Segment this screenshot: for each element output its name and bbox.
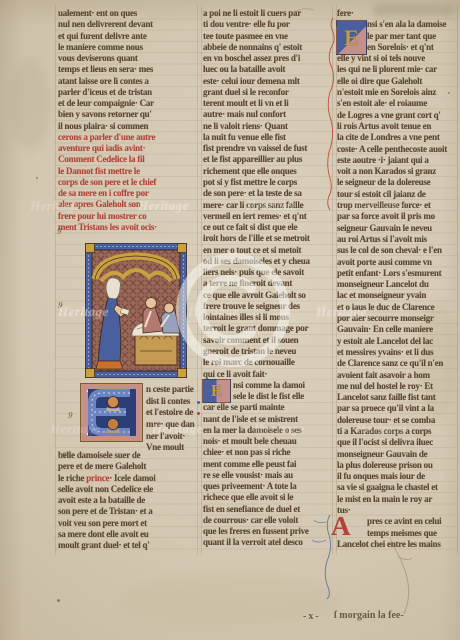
text-line: liers neis· puis que ele savoit (203, 267, 333, 278)
text-line: Gauvain· En celle maniere (337, 324, 457, 335)
text-line: temps meismes que (337, 528, 457, 539)
text-line: ti a Karados corps a corps (337, 426, 457, 437)
text-line: grant duel si le reconfor (203, 87, 333, 98)
text-line: le riche prince· Icele damoi (58, 473, 196, 484)
text-line: mre· que dan (146, 419, 198, 431)
text-line: monseigneur Lancelot du (337, 279, 457, 290)
text-line: sus le col de son cheval· e l'en (337, 245, 457, 256)
text-line: ner l'avoit· (146, 431, 198, 443)
text-line: nant de l'isle et se mistrent (203, 414, 333, 425)
text-line: elle oi dire que Galeholt (337, 76, 457, 87)
column-2-text: a poi ne li estoit li cuers parti dou ve… (203, 8, 333, 549)
text-line: en la mer la damoisele o ses (203, 425, 333, 436)
text-line: seigneur Gauvain le neveu (337, 223, 457, 234)
text-line: le roi marc de cornouaille (203, 357, 333, 368)
text-line: parler d'iceus et de tristan (58, 87, 196, 98)
text-line: et le fist appareillier au plus (203, 154, 333, 165)
text-line: et o iaus le duc de Clarence (337, 302, 457, 313)
margin-pen-loop: 9 (61, 450, 67, 461)
margin-pen-loop: 9 (67, 410, 73, 421)
text-line: a terre ne fineroit devant (203, 278, 333, 289)
text-line: moult grant duel· et tel q' (58, 540, 196, 551)
text-line: frere trouve le seigneur des (203, 301, 333, 312)
column-rule (201, 5, 202, 555)
text-line: car elle se parti mainte (203, 402, 333, 413)
column-3-text: fere·nsi s'en ala la damoisele par mer t… (337, 8, 457, 550)
text-line: savoir comment et il souen (203, 335, 333, 346)
text-line: s'en estoit ale· el roiaume (337, 98, 457, 109)
margin-pen-loop: 9 (56, 226, 62, 237)
text-line: il nous plaira· si commen (58, 121, 196, 132)
text-line: en mer o tout ce et si metoit (203, 245, 333, 256)
margin-paraph-red (197, 412, 200, 415)
text-line: pere et de mere Galeholt (58, 461, 196, 472)
text-line: sa vie si gaaigna le chastel et (337, 482, 457, 493)
text-line: chiee· et non pas si riche (203, 447, 333, 458)
column-rule (457, 5, 458, 555)
text-line: tus· (337, 505, 457, 516)
column-1-lower-text: belle damoisele suer depere et de mere G… (58, 450, 196, 552)
text-line: n'estoit mie en Sorelois ainz (337, 87, 457, 98)
text-line: nois· et moult bele cheuau (203, 436, 333, 447)
text-line: richece que elle avoit si le (203, 492, 333, 503)
column-1-beside-initial-text: n ceste partiedist li conteset l'estoire… (146, 384, 198, 454)
text-line: trop merveilleuse force· et (337, 200, 457, 211)
text-line: pres ce avint en celui (337, 516, 457, 527)
text-line: terroit le grant dommage por (203, 323, 333, 334)
decorated-initial-E-col3: E (336, 20, 367, 55)
text-line: ment comme elle peust fai (203, 459, 333, 470)
text-line: y estoit ale Lancelot del lac (337, 336, 457, 347)
text-line: ne li valoit riens· Quant (203, 121, 333, 132)
text-line: belle damoisele suer de (58, 450, 196, 461)
text-line: sa mere dont elle avoit eu (58, 529, 196, 540)
text-line: li rois Artus avoit tenue en (337, 121, 457, 132)
text-line: me nul del hostel le roy· Et (337, 381, 457, 392)
text-line: terent moult et li vn et li (203, 98, 333, 109)
text-line: gneroit de tristan le neveu (203, 346, 333, 357)
text-line: nul nen delivrerent devant (58, 19, 196, 30)
text-line: de Clarence sanz ce qu'il n'en (337, 358, 457, 369)
text-line: coste· A celle penthecoste auoit (337, 144, 457, 155)
text-line: par sa proece qu'il vint a la (337, 403, 457, 414)
column-1-upper-text: ualement· ent on quesnul nen delivrerent… (58, 8, 196, 233)
margin-paraph-blue (197, 401, 200, 404)
text-line: avoit este a la bataille de (58, 495, 196, 506)
text-line: dolereuse tour· et se comba (337, 415, 457, 426)
text-line: ce out ce fait si dist que ele (203, 222, 333, 233)
text-line: que les freres en fussent prive (203, 526, 333, 537)
text-line: vermeil en iert remes· et q'nt (203, 211, 333, 222)
text-line: son pere et de Tristan· et a (58, 506, 196, 517)
text-line: od li ses damoiseles et y cheua (203, 256, 333, 267)
text-line: il fu onques mais iour de (337, 471, 457, 482)
text-line: ti dou ventre· elle fu por (203, 19, 333, 30)
text-line: la plus dolereuse prison ou (337, 460, 457, 471)
text-line: iroit hors de l'ille et se metroit (203, 233, 333, 244)
margin-pen-loop: 9 (57, 300, 63, 311)
quire-mark: -x- (303, 611, 321, 622)
text-line: richement que elle onques (203, 166, 333, 177)
text-line: ce que elle avroit Galeholt so (203, 290, 333, 301)
text-line: aler apres Galeholt son (58, 199, 196, 210)
text-line: voit a non Karados si granz (337, 166, 457, 177)
text-line: le maniere comme nous (58, 42, 196, 53)
column-rule (55, 5, 56, 555)
text-line: petit enfant· Lors s'esmurent (337, 268, 457, 279)
parchment-stain (10, 60, 50, 150)
text-line: dist li contes (146, 396, 198, 408)
text-line: este aoutre ·i· jaiant qui a (337, 155, 457, 166)
text-line: la nuit fu venue elle fist (203, 132, 333, 143)
text-line: et qui furent delivre ante (58, 31, 196, 42)
text-line: le mist en la main le roy ar (337, 494, 457, 505)
historiated-initial-E (80, 383, 143, 442)
parchment-speck (36, 177, 38, 179)
text-line: pot si y fist mettre le corps (203, 177, 333, 188)
text-line: de son pere· et la teste de sa (203, 188, 333, 199)
text-line: n ceste partie (146, 384, 198, 396)
text-line: avoient fait asavoir a hom (337, 370, 457, 381)
decorated-initial-E-col2: E (202, 379, 231, 403)
text-line: temps et lieus en sera· mes (58, 64, 196, 75)
text-line: tee toute pasmee en vne (203, 31, 333, 42)
text-line: de Logres a vne grant cort q' (337, 110, 457, 121)
text-line: ment Tristans les avoit ocis· (58, 222, 196, 233)
text-line: quant il la verroit atel desco (203, 537, 333, 548)
text-line: lac et monseigneur yvain (337, 290, 457, 301)
text-line: les qui ne li plorent mie· car (337, 64, 457, 75)
text-line: ualement· ent on ques (58, 8, 196, 19)
text-line: en vn boschel assez pres d'i (203, 53, 333, 64)
text-line: et de leur compaignie· Car (58, 98, 196, 109)
text-line: a poi ne li estoit li cuers par (203, 8, 333, 19)
text-line: la cite de Londres a vne pent (337, 132, 457, 143)
text-line: de sa mere en i coffre por (58, 188, 196, 199)
text-line: Lancelot chei entre les mains (337, 539, 457, 550)
decorated-initial-A-col3: A (331, 513, 351, 539)
text-line: que il l'ocist si delivra iluec (337, 437, 457, 448)
text-line: este· celui iour demena mlt (203, 76, 333, 87)
text-line: fist prendre vn vaissel de fust (203, 143, 333, 154)
text-line: bien y savons retorner qu' (58, 109, 196, 120)
parchment-speck (57, 599, 60, 602)
text-line: aventure qui iadis avint· (58, 143, 196, 154)
text-line: par sa force avoit il pris mo (337, 211, 457, 222)
text-line: ques priveement· A tote la (203, 481, 333, 492)
text-line: fist en senefiance de duel et (203, 504, 333, 515)
text-line: le Dannot fist mettre le (58, 166, 196, 177)
text-line: de courrous· car elle voloit (203, 515, 333, 526)
text-line: luec ou la bataille avoit (203, 64, 333, 75)
text-line: Comment Cedelice la fil (58, 154, 196, 165)
text-line: fere· (337, 8, 457, 19)
manuscript-page: ualement· ent on quesnul nen delivrerent… (0, 0, 460, 640)
miniature-illustration (85, 243, 187, 378)
text-line: et messires yvains· et li dus (337, 347, 457, 358)
text-line: selle avoit non Cedelice ele (58, 484, 196, 495)
text-line: le seigneur de la dolereuse (337, 177, 457, 188)
text-line: monseigneur Gauvain de (337, 449, 457, 460)
text-line: tour si estoit cil jaianz de (337, 189, 457, 200)
text-line: autre· mais nul confort (203, 109, 333, 120)
text-line: Lancelot sanz faille fist tant (337, 392, 457, 403)
text-line: lointaines illes si li mous (203, 312, 333, 323)
text-line: corps de son pere et le chief (58, 177, 196, 188)
catchword: ſ morgain la fee- (334, 610, 404, 621)
text-line: au roi Artus si l'avoit mis (337, 234, 457, 245)
text-line: et l'estoire de (146, 407, 198, 419)
text-line: vous deviserons quant (58, 53, 196, 64)
text-line: frere pour lui mostrer co (58, 211, 196, 222)
text-line: abbeie de nonnains q' estoit (203, 42, 333, 53)
text-line: mere· car li corps sanz faille (203, 200, 333, 211)
column-rule (197, 5, 198, 555)
text-line: cerons a parler d'une autre (58, 132, 196, 143)
text-line: re se elle vousist· mais au (203, 470, 333, 481)
text-line: atant laisse ore li contes a (58, 76, 196, 87)
text-line: por aler secourre monseigr (337, 313, 457, 324)
text-line: voit veu son pere mort et (58, 518, 196, 529)
text-line: avoit porte ausi comme vn (337, 257, 457, 268)
